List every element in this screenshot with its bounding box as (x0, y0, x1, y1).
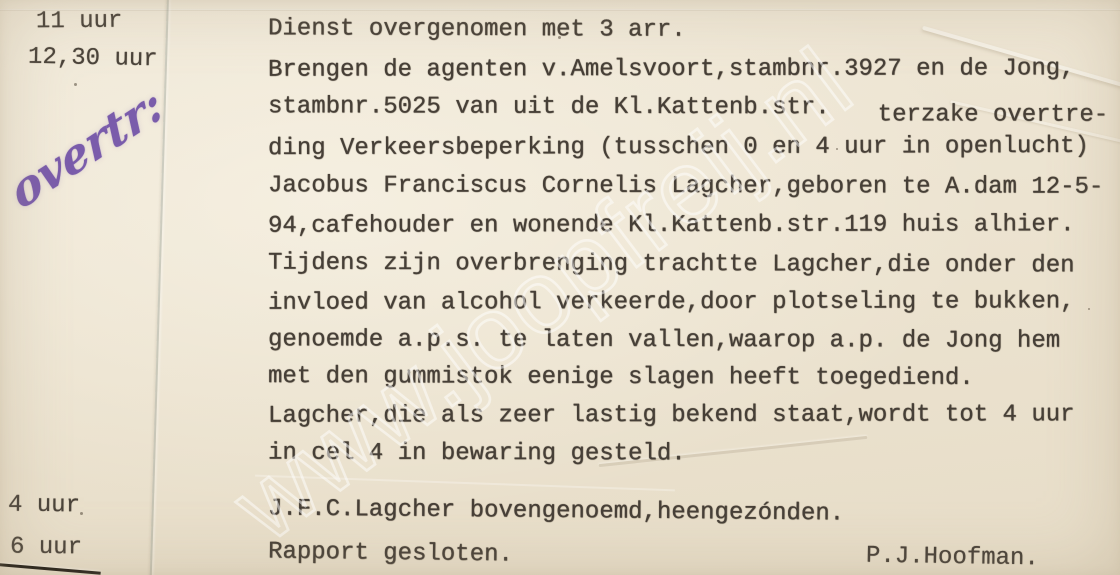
watermark: www.joopfreij.nl (0, 0, 1120, 575)
scanned-report-page: 11 uur 12,30 uur 4 uur 6 uur overtr: Die… (0, 0, 1120, 575)
body-line: genoemde a.p.s. te laten vallen,waarop a… (268, 326, 1060, 355)
ink-speck (1088, 308, 1090, 310)
handwritten-annotation: overtr: (3, 75, 170, 220)
ink-speck (80, 512, 83, 515)
body-line: Brengen de agenten v.Amelsvoort,stambnr.… (268, 55, 1075, 84)
margin-time: 12,30 uur (28, 44, 158, 74)
paper-crease (255, 475, 675, 492)
inserted-phrase: terzake overtre- (878, 101, 1108, 128)
body-line: Rapport gesloten. (268, 539, 513, 570)
body-line: Tijdens zijn overbrenging trachtte Lagch… (268, 250, 1075, 281)
body-line: ding Verkeersbeperking (tusschen 0 en 4 … (268, 133, 1089, 163)
body-line: invloed van alcohol verkeerde,door plots… (268, 288, 1075, 317)
body-line: 94,cafehouder en wonende Kl.Kattenb.str.… (268, 211, 1075, 240)
ink-speck (74, 83, 77, 86)
body-line: J.F.C.Lagcher bovengenoemd,heengezónden. (268, 495, 844, 528)
scan-edge-line (0, 563, 101, 575)
margin-time: 4 uur (8, 492, 80, 521)
body-line-text: stambnr.5025 van uit de Kl.Kattenb.str. (268, 93, 830, 121)
margin-time: 6 uur (10, 534, 82, 563)
body-line: in cel 4 in bewaring gesteld. (268, 440, 686, 469)
signature: P.J.Hoofman. (866, 543, 1039, 573)
margin-time: 11 uur (36, 8, 123, 37)
body-line: stambnr.5025 van uit de Kl.Kattenb.str.t… (268, 93, 1108, 122)
body-line: Jacobus Franciscus Cornelis Lagcher,gebo… (268, 172, 1103, 201)
body-line: Lagcher,die als zeer lastig bekend staat… (268, 401, 1075, 430)
body-line: met den gummistok eenige slagen heeft to… (268, 363, 974, 393)
body-line: Dienst overgenomen met 3 arr. (268, 15, 686, 44)
